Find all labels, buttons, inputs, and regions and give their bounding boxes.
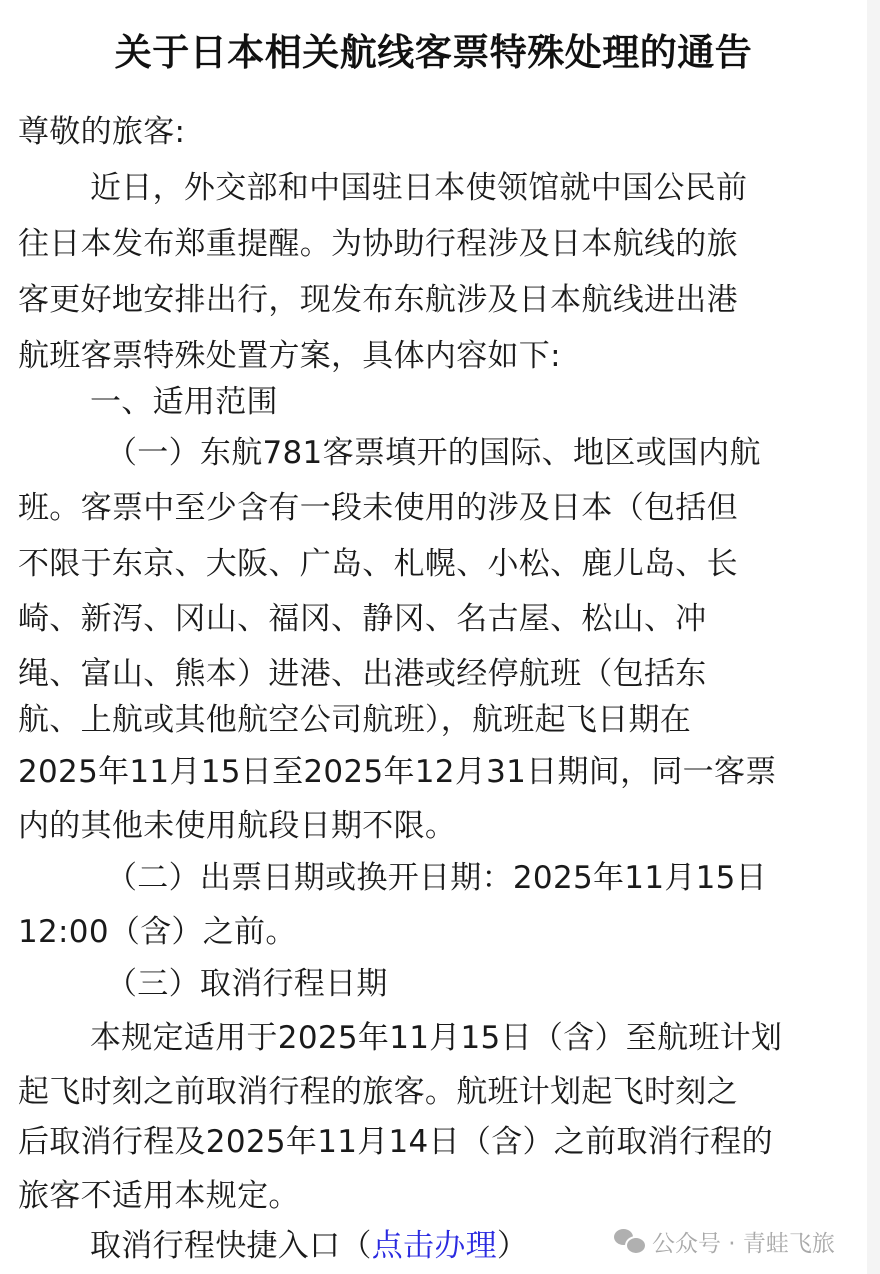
section-heading: 一、适用范围 — [90, 382, 278, 422]
watermark: 公众号 · 青蛙飞旅 — [614, 1226, 835, 1256]
intro-line: 客更好地安排出行，现发布东航涉及日本航线进出港 — [18, 280, 738, 320]
watermark-text: 公众号 · 青蛙飞旅 — [652, 1225, 835, 1258]
intro-line: 近日，外交部和中国驻日本使领馆就中国公民前 — [90, 168, 747, 208]
paren-open: （ — [340, 1228, 371, 1264]
shortcut-label: 取消行程快捷入口 — [90, 1228, 340, 1264]
clause1-line: 内的其他未使用航段日期不限。 — [18, 806, 456, 846]
paren-close: ） — [497, 1228, 528, 1264]
scrollbar-track[interactable] — [867, 0, 880, 1274]
clause1-line: （一）东航781客票填开的国际、地区或国内航 — [106, 433, 761, 473]
clause1-line: 班。客票中至少含有一段未使用的涉及日本（包括但 — [18, 488, 738, 528]
clause1-line: 航、上航或其他航空公司航班），航班起飞日期在 — [18, 700, 691, 740]
greeting: 尊敬的旅客: — [18, 112, 185, 152]
clause1-line: 绳、富山、熊本）进港、出港或经停航班（包括东 — [18, 654, 707, 694]
clause3-line: 本规定适用于2025年11月15日（含）至航班计划 — [90, 1018, 782, 1058]
clause3-line: 后取消行程及2025年11月14日（含）之前取消行程的 — [18, 1122, 773, 1162]
clause1-line: 2025年11月15日至2025年12月31日期间，同一客票 — [18, 752, 777, 792]
cancel-shortcut: 取消行程快捷入口（点击办理） — [90, 1226, 528, 1266]
clause3-heading: （三）取消行程日期 — [106, 964, 388, 1004]
clause3-line: 起飞时刻之前取消行程的旅客。航班计划起飞时刻之 — [18, 1072, 738, 1112]
clause2-line: 12:00（含）之前。 — [18, 912, 297, 952]
wechat-icon — [614, 1229, 644, 1253]
clause1-line: 崎、新泻、冈山、福冈、静冈、名古屋、松山、冲 — [18, 599, 707, 639]
notice-title: 关于日本相关航线客票特殊处理的通告 — [0, 22, 867, 76]
clause1-line: 不限于东京、大阪、广岛、札幌、小松、鹿儿岛、长 — [18, 544, 738, 584]
click-to-process-link[interactable]: 点击办理 — [372, 1228, 497, 1264]
intro-line: 航班客票特殊处置方案，具体内容如下: — [18, 336, 561, 376]
clause3-line: 旅客不适用本规定。 — [18, 1176, 300, 1216]
intro-line: 往日本发布郑重提醒。为协助行程涉及日本航线的旅 — [18, 224, 738, 264]
clause2-line: （二）出票日期或换开日期：2025年11月15日 — [106, 858, 767, 898]
